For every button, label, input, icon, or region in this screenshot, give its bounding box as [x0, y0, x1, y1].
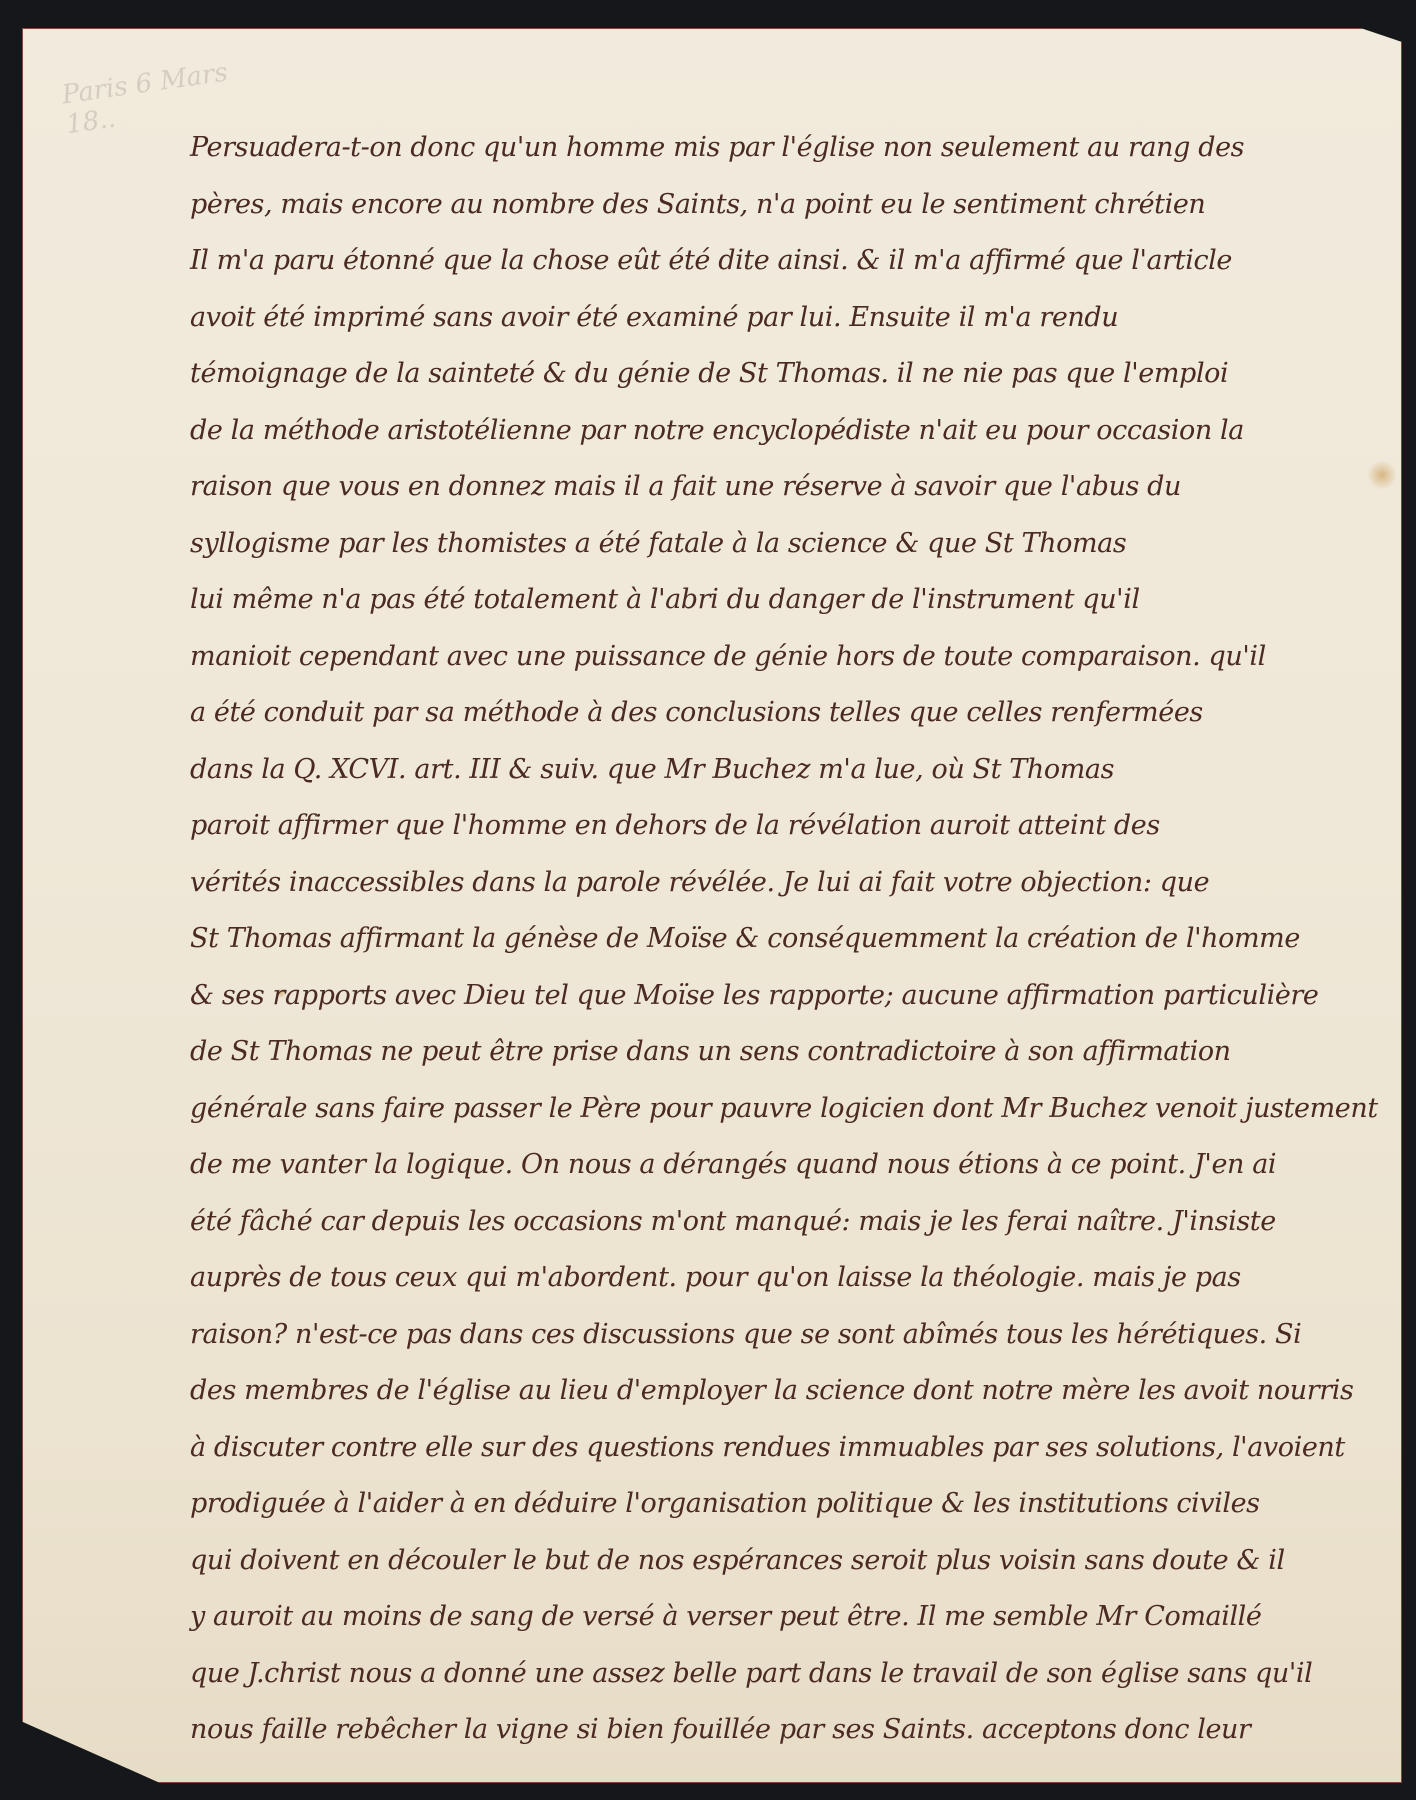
bleed-through-heading: Paris 6 Mars 18..: [60, 56, 244, 121]
text-line-10: manioit cependant avec une puissance de …: [190, 629, 1400, 686]
text-line-6: de la méthode aristotélienne par notre e…: [190, 403, 1400, 460]
text-line-3: Il m'a paru étonné que la chose eût été …: [190, 233, 1400, 290]
text-line-17: de St Thomas ne peut être prise dans un …: [190, 1024, 1400, 1081]
text-line-20: été fâché car depuis les occasions m'ont…: [190, 1194, 1400, 1251]
text-line-9: lui même n'a pas été totalement à l'abri…: [190, 572, 1400, 629]
text-line-7: raison que vous en donnez mais il a fait…: [190, 459, 1400, 516]
text-line-13: paroit affirmer que l'homme en dehors de…: [190, 798, 1400, 855]
text-line-5: témoignage de la sainteté & du génie de …: [190, 346, 1400, 403]
text-line-19: de me vanter la logique. On nous a déran…: [190, 1137, 1400, 1194]
text-line-12: dans la Q. XCVI. art. III & suiv. que Mr…: [190, 742, 1400, 799]
letter-page: Paris 6 Mars 18.. Persuadera-t-on donc q…: [22, 28, 1402, 1783]
text-line-22: raison? n'est-ce pas dans ces discussion…: [190, 1307, 1400, 1364]
text-line-2: pères, mais encore au nombre des Saints,…: [190, 177, 1400, 234]
text-line-25: prodiguée à l'aider à en déduire l'organ…: [190, 1476, 1400, 1533]
text-line-26: qui doivent en découler le but de nos es…: [190, 1533, 1400, 1590]
handwritten-text-block: Persuadera-t-on donc qu'un homme mis par…: [190, 120, 1400, 1759]
text-line-29: nous faille rebêcher la vigne si bien fo…: [190, 1702, 1400, 1759]
text-line-14: vérités inaccessibles dans la parole rév…: [190, 855, 1400, 912]
text-line-28: que J.christ nous a donné une assez bell…: [190, 1646, 1400, 1703]
text-line-24: à discuter contre elle sur des questions…: [190, 1420, 1400, 1477]
text-line-18: générale sans faire passer le Père pour …: [190, 1081, 1400, 1138]
text-line-11: a été conduit par sa méthode à des concl…: [190, 685, 1400, 742]
text-line-1: Persuadera-t-on donc qu'un homme mis par…: [190, 120, 1400, 177]
text-line-8: syllogisme par les thomistes a été fatal…: [190, 516, 1400, 573]
text-line-27: y auroit au moins de sang de versé à ver…: [190, 1589, 1400, 1646]
text-line-4: avoit été imprimé sans avoir été examiné…: [190, 290, 1400, 347]
text-line-15: St Thomas affirmant la génèse de Moïse &…: [190, 911, 1400, 968]
text-line-16: & ses rapports avec Dieu tel que Moïse l…: [190, 968, 1400, 1025]
text-line-23: des membres de l'église au lieu d'employ…: [190, 1363, 1400, 1420]
text-line-21: auprès de tous ceux qui m'abordent. pour…: [190, 1250, 1400, 1307]
